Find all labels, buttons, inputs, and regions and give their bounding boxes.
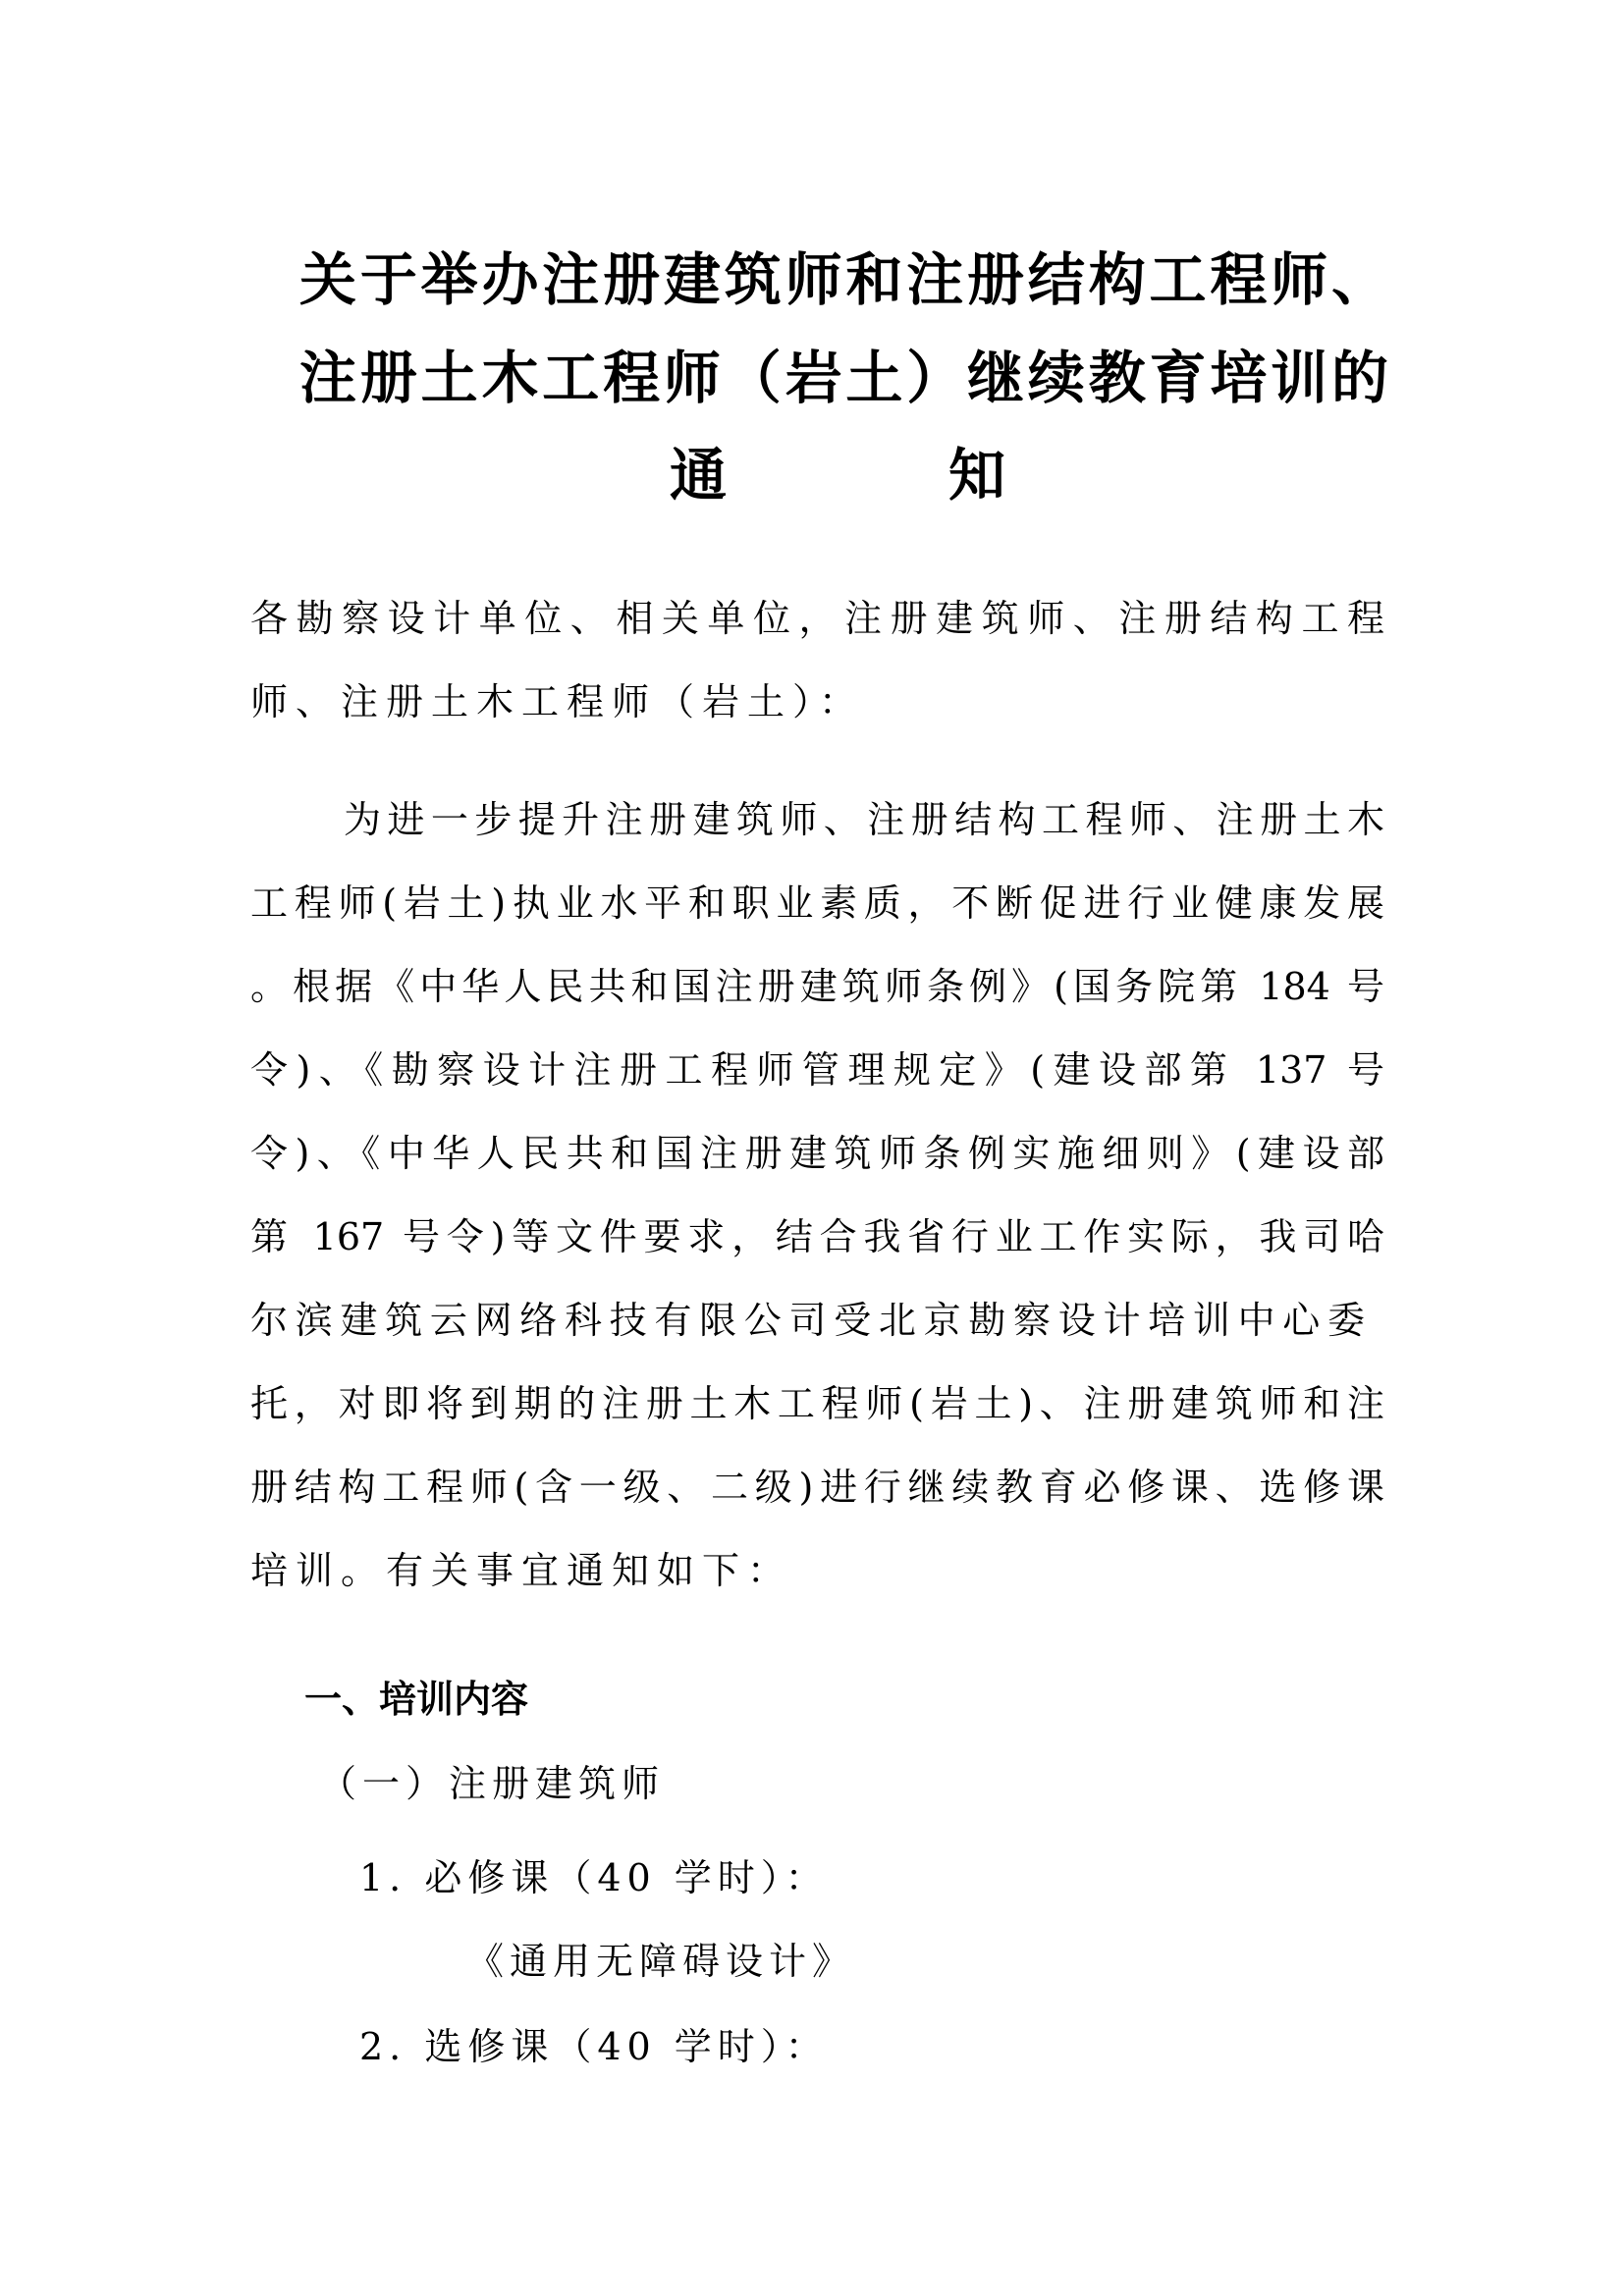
intro-line-3: 。根据《中华人民共和国注册建筑师条例》(国务院第 184 号 xyxy=(250,964,1384,1009)
intro-line-4: 令)、《勘察设计注册工程师管理规定》(建设部第 137 号 xyxy=(250,1047,1384,1093)
intro-line-6: 第 167 号令)等文件要求，结合我省行业工作实际，我司哈 xyxy=(250,1214,1384,1259)
elective-course-label: 2. 选修课（40 学时）： xyxy=(359,2024,829,2069)
intro-line-1: 为进一步提升注册建筑师、注册结构工程师、注册土木 xyxy=(344,797,1384,842)
document-title-line-3-left: 通 xyxy=(670,445,727,506)
salutation-line-1: 各勘察设计单位、相关单位，注册建筑师、注册结构工程 xyxy=(250,596,1384,641)
document-title-line-1: 关于举办注册建筑师和注册结构工程师、 xyxy=(299,249,1389,310)
salutation-line-2: 师、注册土木工程师（岩土）： xyxy=(250,679,864,724)
required-course-label: 1. 必修课（40 学时）： xyxy=(359,1855,829,1900)
required-course-title: 《通用无障碍设计》 xyxy=(466,1939,855,1984)
subsection-heading-architect: （一）注册建筑师 xyxy=(319,1761,665,1806)
document-title-line-3-right: 知 xyxy=(948,445,1005,506)
intro-line-9: 册结构工程师(含一级、二级)进行继续教育必修课、选修课 xyxy=(250,1465,1384,1510)
intro-line-10: 培训。有关事宜通知如下： xyxy=(250,1548,792,1593)
document-title-line-2: 注册土木工程师（岩土）继续教育培训的 xyxy=(299,347,1389,408)
intro-line-8: 托，对即将到期的注册土木工程师(岩土)、注册建筑师和注 xyxy=(250,1381,1384,1426)
intro-line-5: 令)、《中华人民共和国注册建筑师条例实施细则》(建设部 xyxy=(250,1131,1384,1176)
intro-line-7: 尔滨建筑云网络科技有限公司受北京勘察设计培训中心委 xyxy=(250,1298,1365,1343)
section-heading-training-content: 一、培训内容 xyxy=(304,1677,528,1722)
document-page: 关于举办注册建筑师和注册结构工程师、 注册土木工程师（岩土）继续教育培训的 通 … xyxy=(0,0,1624,2296)
intro-line-2: 工程师(岩土)执业水平和职业素质，不断促进行业健康发展 xyxy=(250,881,1384,926)
